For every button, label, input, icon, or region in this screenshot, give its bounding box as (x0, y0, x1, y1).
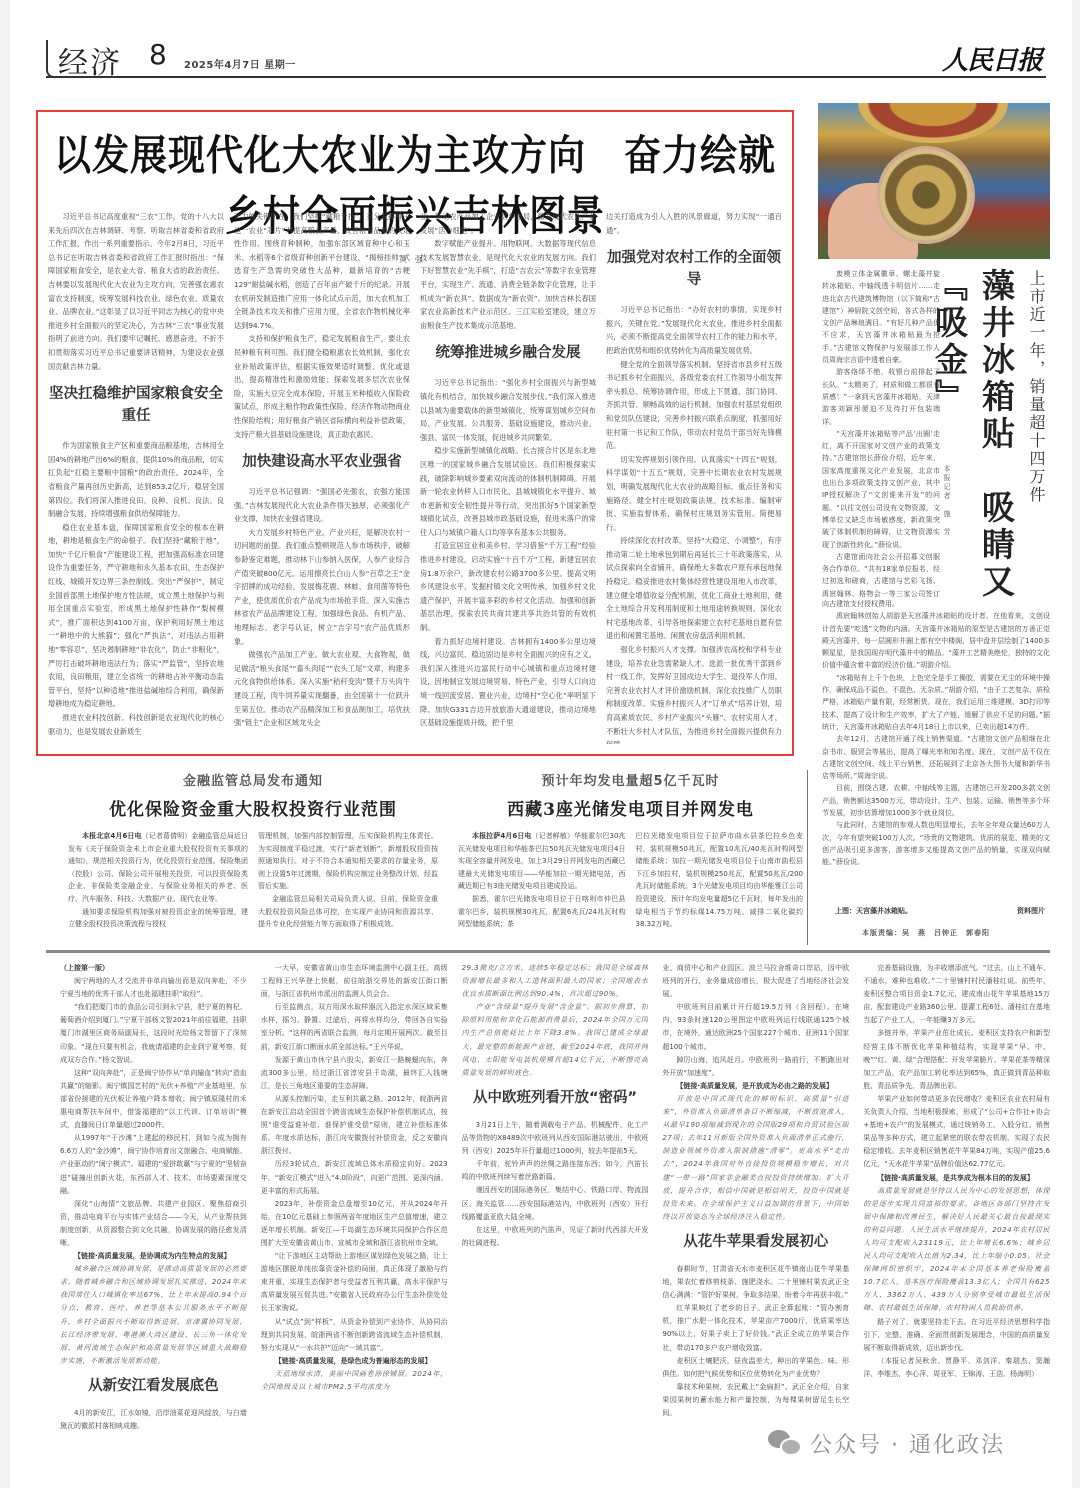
paragraph: 一大早，安徽省黄山市生态环境监测中心副主任、高级工程师王兴华登上快艇，前往皖浙交… (261, 962, 448, 1001)
paragraph: 完善基础设施，为丰收增添底气。“过去，山上不通车、不通水，难种也难收。”二十里铺… (863, 962, 1050, 1027)
paragraph: 开放是中国式现代化的鲜明标识。高质量“引进来”，外资准入负面清单条目不断缩减，不… (662, 1093, 849, 1224)
paragraph: 发源于黄山市休宁县六股尖，新安江一路蜿蜒向东，奔流300多公里，经过浙江省淳安县… (261, 1054, 448, 1093)
paragraph: 目前，围绕古建、农耕、中轴线等主题，古建馆已开发200多款文创产品，销售额达35… (822, 782, 1050, 819)
sidebar-body-narrow: 废模立体金属徽章、螺北藻井旋转冰箱贴、中轴线透卡明信片……走进北京古代建筑博物馆… (822, 268, 940, 598)
fridge-magnet-photo (818, 103, 1050, 259)
subheading: 从花牛苹果看发展初心 (662, 1236, 849, 1249)
paragraph: 业、商贸中心和产业园区。波兰马拉舍维奇口岸站，因中欧班列的开行，业务量成倍增长，… (662, 962, 849, 1001)
main-article-column-2: 产力的关键所在。我们坚持“藏粮于技”，充分发挥种子这一农业“芯片”对提高粮食产量… (234, 210, 410, 744)
main-article-column-4: 边关打造成为引人入胜的风景廊道，努力实现“一通百通”。 加强党对农村工作的全面领… (606, 210, 782, 744)
paragraph: 边关打造成为引人入胜的风景廊道，努力实现“一通百通”。 (606, 210, 782, 237)
masthead: 经济 8 2025年4月7日 星期一 人民日报 (46, 36, 1046, 78)
paragraph: 金融监管总局相关司局负责人说，目前，保险资金重大股权投资风险总体可控，在实现产业… (258, 893, 438, 931)
paragraph: 作为国家粮食主产区和重要商品粮基地，吉林用全国4%的耕地产出6%的粮食，提供10… (48, 439, 224, 521)
news-kicker: 金融监管总局发布通知 (68, 770, 438, 789)
paragraph: “让下游地区主动帮助上游地区谋划绿色发展之路，让上游地区摆脱单纯依靠资金补偿的局… (261, 1250, 448, 1315)
link-note: 【链接·高质量发展，是共享成为根本目的的发展】 (863, 1172, 1050, 1185)
paragraph: 踔厉山海，追风赶月。中欧班列一路前行，不断跑出对外开放“加速度”。 (662, 1054, 849, 1080)
paragraph: 禹宸翰林创始人胡游是天宫藻井冰箱贴的设计者。在他看来，文创设计首先要“吃透”文物… (822, 610, 1050, 671)
paragraph: 习近平总书记指出：“强化乡村全面振兴与新型城镇化有机结合，加快城乡融合发展步伐。… (420, 376, 596, 444)
paragraph: 通知要求保险机构加强对被投资企业的统筹管理，建立健全股权投资决策流程与授权 (68, 906, 248, 931)
wechat-icon (768, 1430, 802, 1458)
paragraph: 切实发挥规划引领作用。认真落实“十四五”规划，科学谋划“十五五”规划，完善中长期… (606, 453, 782, 535)
subheading: 统筹推进城乡融合发展 (420, 342, 596, 364)
paragraph: 推进农业科技创新。科技创新是农业现代化的核心驱动力，也是发展农业新质生 (48, 711, 224, 738)
paragraph: 4月的新安江，江水如镜，沿岸油菜花迎风绽放，与白墙黛瓦的徽派村落相映成趣。 (60, 1407, 247, 1433)
paragraph: 古建馆面向社会公开招募文创服务合作单位。“共有18家单位报名，经过初选和磋商，古… (822, 551, 940, 598)
news-title: 优化保险资金重大股权投资行业范围 (68, 795, 438, 820)
paragraph: “我们把厦门市的食品公司引到永宁县，把宁夏的枸杞、葡萄酒介绍到厦门。”宁夏干部杨… (60, 1001, 247, 1066)
paragraph: 闽宁两地的人才交流并非单向输出而是双向奔赴，不少宁夏当地的优秀干部人才也赴福建挂… (60, 975, 247, 1001)
news-columns: 本报拉萨4月6日电（记者鲜敏）华能霍尔巴30兆瓦光储发电项目和华能茶巴拉50兆瓦… (458, 830, 803, 931)
paragraph: 大力发展乡村特色产业。产业兴旺，是解决农村一切问题的前提。我们重点整顿规范人参市… (234, 526, 410, 648)
paragraph: 做强农产品加工产业。做大农业观、大食物观，做足做活“粮头食尾”“畜头肉尾”“农头… (234, 648, 410, 730)
paragraph: 中欧班列目前累计开行超19.5万列（含回程）。在境内，93条时速120公里图定中… (662, 1001, 849, 1053)
continued-column-1: （上接第一版） 闽宁两地的人才交流并非单向输出而是双向奔赴，不少宁夏当地的优秀干… (60, 962, 247, 1462)
paragraph: 麦积区土壤肥沃，昼夜温差大，种出的苹果色、味、形俱佳。如何把气候优势和区位优势转… (662, 1355, 849, 1381)
news-tibet-article: 预计年均发电量超5亿千瓦时 西藏3座光储发电项目并网发电 本报拉萨4月6日电（记… (458, 770, 803, 950)
paragraph: 29.3微克/立方米，连续5年稳定达标；我国是全球森林资源增长最多和人工造林面积… (462, 962, 649, 1001)
paragraph: 与此同时，古建馆的参观人数也明显增长，去年全年观众量达60万人次，今年有望突破1… (822, 819, 1050, 868)
news-insurance-article: 金融监管总局发布通知 优化保险资金重大股权投资行业范围 本报北京4月6日电（记者… (68, 770, 438, 950)
paragraph: 强化乡村振兴人才支撑。加强涉农高校和学科专业建设，培养农业急需紧缺人才。选派一批… (606, 643, 782, 744)
paragraph: 习近平总书记强调：“强国必先强农，农强方能国强。”吉林发展现代化大农业条件得天独… (234, 485, 410, 526)
news-column: 本报北京4月6日电（记者葛倩明）金融监管总局近日发布《关于保险资金未上市企业重大… (68, 830, 248, 931)
paragraph: 稳步实施新型城镇化战略。长吉接合片区是东北地区唯一的国家城乡融合发展试验区。我们… (420, 444, 596, 539)
paragraph: 从“试点”到“样板”，从资金补偿到产业协作，从协同治理到共同发展，皖浙两省不断创… (261, 1316, 448, 1355)
paragraph: 稳住农业基本盘，保障国家粮食安全的根本在耕地，耕地是粮食生产的命根子。我们坚持“… (48, 521, 224, 711)
paragraph: 这种“双向奔赴”，正是闽宁协作从“单向输血”转向“造血共赢”的缩影。闽宁镇园艺村… (60, 1067, 247, 1132)
continued-column-3: 29.3微克/立方米，连续5年稳定达标；我国是全球森林资源增长最多和人工造林面积… (462, 962, 649, 1462)
paragraph: 巴拉光储发电项目位于拉萨市曲水县茶巴拉乡色麦村，装机规模50兆瓦，配置10兆瓦/… (636, 830, 804, 931)
paragraph: 深化“山海情”文旅品牌、共建产业园区、聚焦招商引资，推动电商平台与实体产业结合—… (60, 1198, 247, 1250)
sidebar-headline: 上市近一年，销量超十四万件 藻井冰箱贴 吸睛又『吸金』 (962, 268, 1050, 618)
paragraph: 历经3轮试点，新安江流域总体水质稳定向好。2023年，“新安江模式”进入“4.0… (261, 1158, 448, 1197)
paragraph: 苹果产业如何带动更多农民增收？麦积区农业农村局有关负责人介绍，当地积极探索，形成… (863, 1093, 1050, 1172)
news-column: 本报拉萨4月6日电（记者鲜敏）华能霍尔巴30兆瓦光储发电项目和华能茶巴拉50兆瓦… (458, 830, 626, 931)
dateline: 本报拉萨4月6日电 (472, 832, 532, 840)
paragraph: 打造宜居宜业和美乡村。学习借鉴“千万工程”经验推进乡村建设，启动实施“十百千万”… (420, 539, 596, 634)
paragraph: 数字赋能产业提升。用物联网、大数据等现代信息技术发展智慧农业，是现代化大农业的发… (420, 237, 596, 332)
paragraph: 谨因西安的国际港务区，集结中心、铁路口岸、物流园区、海关监管……西安国际港站内，… (462, 1184, 649, 1223)
watermark-text: 公众号 · 通化政法 (810, 1428, 1005, 1459)
news-column: 巴拉光储发电项目位于拉萨市曲水县茶巴拉乡色麦村，装机规模50兆瓦，配置10兆瓦/… (636, 830, 804, 931)
main-article-column-3: 业，带动农产品加工企业县乡布局，激发现代农业产业发展“活力细胞”。 数字赋能产业… (420, 210, 596, 744)
news-column: 管理机制，加强内部控制管理，压实保险机构主体责任。为实现制度平稳过渡，实行“新老… (258, 830, 438, 931)
column-divider (807, 770, 808, 945)
caisson-ceiling-graphic (858, 103, 1008, 143)
paragraph: （记者鲜敏）华能霍尔巴30兆瓦光储发电项目和华能茶巴拉50兆瓦光储发电项目4日实… (458, 832, 626, 890)
paragraph: 从源头控制污染，走互利共赢之路。2012年，皖浙两省在新安江启动全国首个跨省流域… (261, 1093, 448, 1158)
newspaper-logo: 人民日报 (942, 40, 1042, 77)
section-title: 经济 (58, 38, 122, 82)
paragraph: 去年12月，古建馆开通了线上销售渠道。“古建馆文创产品相继在北京书市、服贸会等展… (822, 733, 1050, 782)
page-editors: 本版责编：吴 燕 吕钟正 郭春阳 (862, 928, 990, 938)
section-divider (46, 950, 1050, 953)
page-number: 8 (149, 38, 167, 71)
paragraph: 产业“含绿量”提升发展“含金量”。据初步测算，扣除原料用能和非化石能源消费量后，… (462, 1001, 649, 1080)
continued-column-2: 一大早，安徽省黄山市生态环境监测中心副主任、高级工程师王兴华登上快艇，前往皖浙交… (261, 962, 448, 1462)
main-article-highlighted: 以发展现代化大农业为主攻方向 奋力绘就乡村全面振兴吉林图景 黄强 习近平总书记高… (36, 110, 794, 756)
continued-column-4: 业、商贸中心和产业园区。波兰马拉舍维奇口岸站，因中欧班列的开行，业务量成倍增长，… (662, 962, 849, 1462)
paragraph: 支持和保护粮食生产，稳定发展粮食生产，要让农民种粮有利可图。我们健全稳粮惠农长效… (234, 332, 410, 441)
paragraph: 高质量发展就是坚持以人民为中心的发展思想，体现的是逐步实现共同富裕的要求。各地区… (863, 1185, 1050, 1316)
continued-column-5: 完善基础设施，为丰收增添底气。“过去，山上不通车、不通水，难种也难收。”二十里铺… (863, 962, 1050, 1462)
news-title: 西藏3座光储发电项目并网发电 (458, 795, 803, 820)
paragraph: 城乡融合区域协调发展，是推动高质量发展的必然要求。随着城乡融合和区域协调发展扎实… (60, 1263, 247, 1368)
subheading: 加强党对农村工作的全面领导 (606, 247, 782, 291)
paragraph: 业，带动农产品加工企业县乡布局，激发现代农业产业发展“活力细胞”。 (420, 210, 596, 237)
paragraph: 在这里，中欧班列的汽笛声，见证了新时代西部大开发的壮阔进程。 (462, 1224, 649, 1250)
paragraph: 2023年，补偿资金总盘增至10亿元，并从2024年开始，在10亿元基础上参照两… (261, 1198, 448, 1250)
paragraph: 持续深化农村改革。坚持“大稳定、小调整”，有序推动第二轮土地承包到期后再延长三十… (606, 534, 782, 643)
paragraph: 春耕时节，甘肃省天水市麦积区花牛镇南山花牛苹果基地，果农忙着修剪枝条、施肥浇水。… (662, 1263, 849, 1302)
continued-article: （上接第一版） 闽宁两地的人才交流并非单向输出而是双向奔赴，不少宁夏当地的优秀干… (60, 962, 1050, 1462)
caption-text: 上图：天宫藻井冰箱贴。 (835, 906, 912, 916)
continued-from-note: （上接第一版） (60, 962, 247, 975)
fridge-magnet-graphic (880, 149, 972, 241)
masthead-bracket (46, 40, 54, 78)
main-article-columns: 习近平总书记高度重视“三农”工作，党的十八大以来先后四次在吉林调研、考察、听取吉… (48, 210, 782, 744)
link-note: 【链接·高质量发展，是协调成为内生特点的发展】 (60, 1250, 247, 1263)
news-columns: 本报北京4月6日电（记者葛倩明）金融监管总局近日发布《关于保险资金未上市企业重大… (68, 830, 438, 931)
paragraph: 管理机制，加强内部控制管理，压实保险机构主体责任。为实现制度平稳过渡，实行“新老… (258, 830, 438, 893)
subheading: 加快建设高水平农业强省 (234, 451, 410, 473)
subheading: 从新安江看发展底色 (60, 1380, 247, 1393)
link-note: 【链接·高质量发展，是开放成为必由之路的发展】 (662, 1080, 849, 1093)
paragraph: 千年前，驼铃声声的丝绸之路连接东西；如今，汽笛长鸣的中欧班列续写着丝路新篇。 (462, 1158, 649, 1184)
photo-credit: 资料图片 (1017, 906, 1045, 916)
paragraph: 行至监测点，双方用深水取样器沉入指定水深区域采集水样，摇匀、静置、过滤后，再将水… (261, 1001, 448, 1053)
paragraph: 红苹果映红了老乡的日子。武正全算起账：“管办割育机，推广水肥一体化技术，苹果亩产… (662, 1302, 849, 1354)
paragraph: 路子对了，就要坚持走下去。在习近平经济思想科学指引下，完整、准确、全面贯彻新发展… (863, 1316, 1050, 1355)
paragraph: 产力的关键所在。我们坚持“藏粮于技”，充分发挥种子这一农业“芯片”对提高粮食产量… (234, 210, 410, 332)
paragraph: 3月21日上午，随着满载电子产品、机械配件、化工产品等货物的X8489次中欧班列… (462, 1119, 649, 1158)
paragraph: 靠技术种果树，农民戴上“金扁担”。武正全介绍，自家果园果树的蓄水能力和产量控制，… (662, 1381, 849, 1420)
subheading: 从中欧班列看开放“密码” (462, 1092, 649, 1105)
paragraph: 着力抓好边境村建设。吉林拥有1400多公里边境线，兴边富民、稳边固边是乡村全面振… (420, 635, 596, 730)
main-article-column-1: 习近平总书记高度重视“三农”工作，党的十八大以来先后四次在吉林调研、考察、听取吉… (48, 210, 224, 744)
paragraph: 天蓝地绿水清，美丽中国画卷徐徐铺展。2024年，全国地级及以上城市PM2.5平均… (261, 1368, 448, 1394)
subheading: 坚决扛稳维护国家粮食安全重任 (48, 383, 224, 427)
sidebar-kicker: 上市近一年，销量超十四万件 (1025, 270, 1048, 504)
paragraph: （记者葛倩明）金融监管总局近日发布《关于保险资金未上市企业重大股权投资有关事项的… (68, 832, 248, 903)
paragraph: “冰箱贴有上千个色块，上色完全是手工操胶，需要在无尘的环境中操作，确保成品不溢色… (822, 672, 1050, 733)
paragraph: 健全党的全面领导落实机制。坚持省市县乡村五级书记抓乡村全面振兴，各级党委农村工作… (606, 358, 782, 453)
paragraph: “天宫藻井冰箱贴等产品‘出圈’走红，离不开国家对文创产业的政策支持。”古建馆馆长… (822, 428, 940, 551)
paragraph: 据悉，霍尔巴光储发电项目位于日喀则市仲巴县霍尔巴乡，装机规模30兆瓦，配置6兆瓦… (458, 893, 626, 931)
link-note: 【链接·高质量发展，是绿色成为普遍形态的发展】 (261, 1355, 448, 1368)
paragraph: 向古建馆支付授权费用。 (822, 598, 1050, 610)
dateline: 本报北京4月6日电 (82, 832, 142, 840)
paragraph: 习近平总书记高度重视“三农”工作，党的十八大以来先后四次在吉林调研、考察、听取吉… (48, 210, 224, 373)
paragraph: 废模立体金属徽章、螺北藻井旋转冰箱贴、中轴线透卡明信片……走进北京古代建筑博物馆… (822, 268, 940, 366)
issue-date: 2025年4月7日 星期一 (184, 56, 296, 71)
paragraph: 多链并举，苹果产业茁壮成长。麦积区支持农户和新型经营主体不断优化苹果种植结构，实… (863, 1027, 1050, 1092)
paragraph: 游客络绎不绝，收银台前排起了长队。“太精美了，材质和做工都很有质感！”一拿到天宫… (822, 366, 940, 427)
wechat-watermark: 公众号 · 通化政法 (768, 1428, 1005, 1459)
paragraph: 从1997年“干沙滩”上建起的移民村，到如今成为拥有6.6万人的“金沙滩”，闽宁… (60, 1132, 247, 1197)
sidebar-body-wide: 向古建馆支付授权费用。 禹宸翰林创始人胡游是天宫藻井冰箱贴的设计者。在他看来，文… (822, 598, 1050, 928)
sidebar-author: 本报记者 施 芳 (942, 465, 952, 537)
newspaper-page: 经济 8 2025年4月7日 星期一 人民日报 以发展现代化大农业为主攻方向 奋… (10, 0, 1072, 1488)
photo-caption: 上图：天宫藻井冰箱贴。 资料图片 (835, 906, 1045, 916)
sidebar-title: 藻井冰箱贴 吸睛又『吸金』 (926, 268, 1020, 618)
news-kicker: 预计年均发电量超5亿千瓦时 (458, 770, 803, 789)
paragraph: （本报记者吴秋余、贾静平、邓剑洋、秦瑞杰、窦瀚洋、李维杰、李心萍、周亚军、王锦涛… (863, 1355, 1050, 1381)
paragraph: 习近平总书记指出：“办好农村的事情，实现乡村振兴，关键在党。”发展现代化大农业、… (606, 303, 782, 357)
